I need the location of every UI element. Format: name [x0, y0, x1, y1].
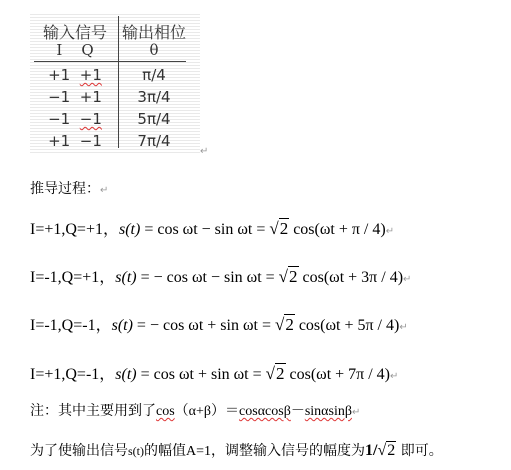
equation-2: I=-1,Q=+1，s(t) = − cos ωt − sin ωt = √2 … — [30, 264, 411, 287]
paragraph-mark-icon: ↵ — [390, 371, 398, 382]
table-cell-phase: 3π/4 — [120, 88, 188, 106]
table-cell-phase: 7π/4 — [120, 132, 188, 150]
equation-1: I=+1,Q=+1，s(t) = cos ωt − sin ωt = √2 co… — [30, 216, 394, 239]
paragraph-mark-icon: ↵ — [403, 274, 411, 285]
iq-phase-table: 输入信号 输出相位 I Q θ +1 +1 π/4 −1 +1 3π/4 −1 … — [30, 12, 200, 155]
table-row: −1 −1 — [34, 110, 116, 128]
paragraph-mark-icon: ↵ — [100, 185, 108, 196]
table-divider-horizontal — [34, 61, 186, 62]
subheader-iq: I Q — [34, 41, 116, 59]
header-output-phase: 输出相位 — [120, 20, 188, 43]
paragraph-mark-icon: ↵ — [386, 226, 394, 237]
table-cell-phase: 5π/4 — [120, 110, 188, 128]
note-trig-identity: 注：其中主要用到了cos（α+β）＝cosαcosβ－sinαsinβ↵ — [30, 400, 360, 420]
subheader-theta: θ — [120, 41, 188, 59]
table-cell-phase: π/4 — [120, 66, 188, 84]
table-row: −1 +1 — [34, 88, 116, 106]
paragraph-mark-icon: ↵ — [352, 407, 360, 418]
table-row: +1 −1 — [34, 132, 116, 150]
table-row: +1 +1 — [34, 66, 116, 84]
table-divider-vertical — [118, 16, 119, 148]
header-input-signal: 输入信号 — [34, 20, 116, 43]
derivation-title: 推导过程：↵ — [30, 178, 108, 198]
equation-4: I=+1,Q=-1，s(t) = cos ωt + sin ωt = √2 co… — [30, 361, 398, 384]
conclusion-text: 为了使输出信号s(t)的幅值A=1，调整输入信号的幅度为1/√2 即可。 — [30, 440, 443, 460]
equation-3: I=-1,Q=-1，s(t) = − cos ωt + sin ωt = √2 … — [30, 312, 408, 335]
paragraph-mark-icon: ↵ — [200, 146, 208, 157]
paragraph-mark-icon: ↵ — [399, 322, 407, 333]
